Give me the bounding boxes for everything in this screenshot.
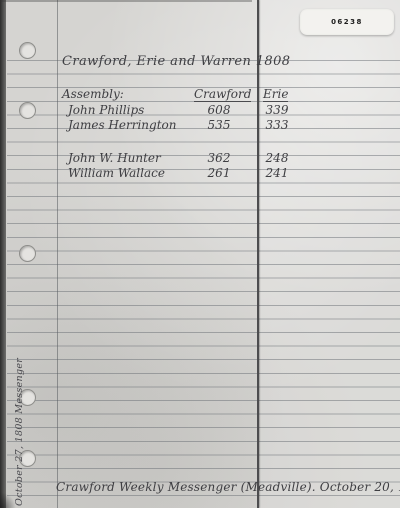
table-row: William Wallace 261 241 xyxy=(0,166,400,180)
column-header-crawford: Crawford xyxy=(194,87,251,102)
page-crease-line xyxy=(257,0,259,508)
crawford-votes: 261 xyxy=(202,166,236,180)
scanned-notebook-page: 06238 Crawford, Erie and Warren 1808 Ass… xyxy=(0,0,400,508)
crawford-votes: 535 xyxy=(202,118,236,132)
candidate-name: James Herrington xyxy=(68,118,176,132)
column-header-erie: Erie xyxy=(263,87,288,102)
margin-note-vertical: October 27, 1808 Messenger xyxy=(13,326,27,506)
table-row: John Phillips 608 339 xyxy=(0,103,400,117)
erie-votes: 241 xyxy=(262,166,292,180)
left-margin-rule xyxy=(57,0,58,508)
erie-votes: 333 xyxy=(262,118,292,132)
section-label: Assembly: xyxy=(62,87,124,101)
punch-hole xyxy=(19,42,36,59)
erie-votes: 248 xyxy=(262,151,292,165)
candidate-name: William Wallace xyxy=(68,166,165,180)
catalog-number: 06238 xyxy=(331,18,363,26)
punch-hole xyxy=(19,245,36,262)
crawford-votes: 608 xyxy=(202,103,236,117)
candidate-name: John W. Hunter xyxy=(68,151,161,165)
erie-votes: 339 xyxy=(262,103,292,117)
page-title: Crawford, Erie and Warren 1808 xyxy=(62,55,290,69)
crawford-votes: 362 xyxy=(202,151,236,165)
candidate-name: John Phillips xyxy=(68,103,144,117)
catalog-sticker: 06238 xyxy=(300,9,394,35)
source-citation: Crawford Weekly Messenger (Meadville). O… xyxy=(56,480,400,494)
table-row: James Herrington 535 333 xyxy=(0,118,400,132)
table-row: John W. Hunter 362 248 xyxy=(0,151,400,165)
scan-top-edge xyxy=(0,0,252,2)
scan-left-edge xyxy=(0,0,6,508)
